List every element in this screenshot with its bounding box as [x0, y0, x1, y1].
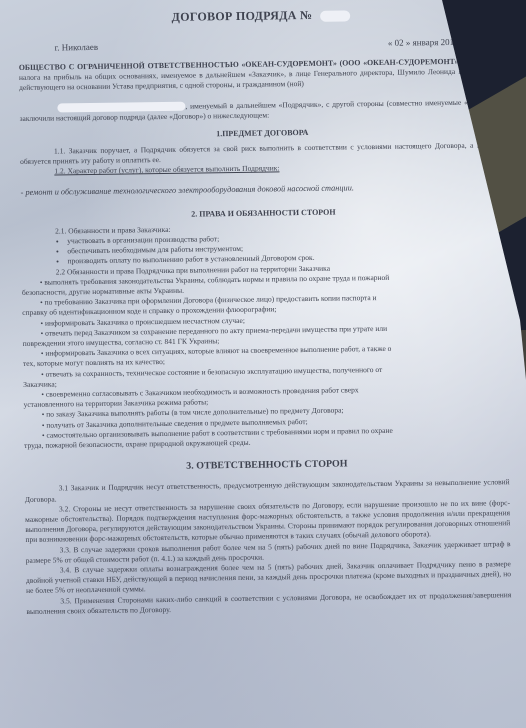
contract-date: « 02 » января 2017г. [388, 37, 464, 48]
section-3-heading: 3. ОТВЕТСТВЕННОСТЬ СТОРОН [24, 456, 509, 474]
party-1-paragraph: ОБЩЕСТВО С ОГРАНИЧЕННОЙ ОТВЕТСТВЕННОСТЬЮ… [19, 56, 504, 93]
redacted-contract-number [320, 10, 350, 21]
clause-3-2: 3.2. Стороны не несут ответственность за… [25, 498, 511, 546]
document-title-text: ДОГОВОР ПОДРЯДА № [172, 8, 313, 24]
party-2-paragraph: , именуемый в дальнейшем «Подрядчик», с … [19, 97, 504, 124]
contractor-duties: • выполнять требования законодательства … [22, 271, 509, 451]
paper-sheet: ДОГОВОР ПОДРЯДА № г. Николаев « 02 » янв… [0, 0, 526, 728]
place-date-row: г. Николаев « 02 » января 2017г. [18, 36, 503, 53]
city: г. Николаев [54, 42, 98, 53]
work-description: - ремонт и обслуживание технологического… [21, 181, 506, 198]
contract-document: ДОГОВОР ПОДРЯДА № г. Николаев « 02 » янв… [18, 1, 511, 617]
section-2-heading: 2. ПРАВА И ОБЯЗАННОСТИ СТОРОН [21, 205, 506, 221]
document-title: ДОГОВОР ПОДРЯДА № [18, 5, 503, 27]
section-1-heading: 1.ПРЕДМЕТ ДОГОВОРА [20, 125, 505, 141]
